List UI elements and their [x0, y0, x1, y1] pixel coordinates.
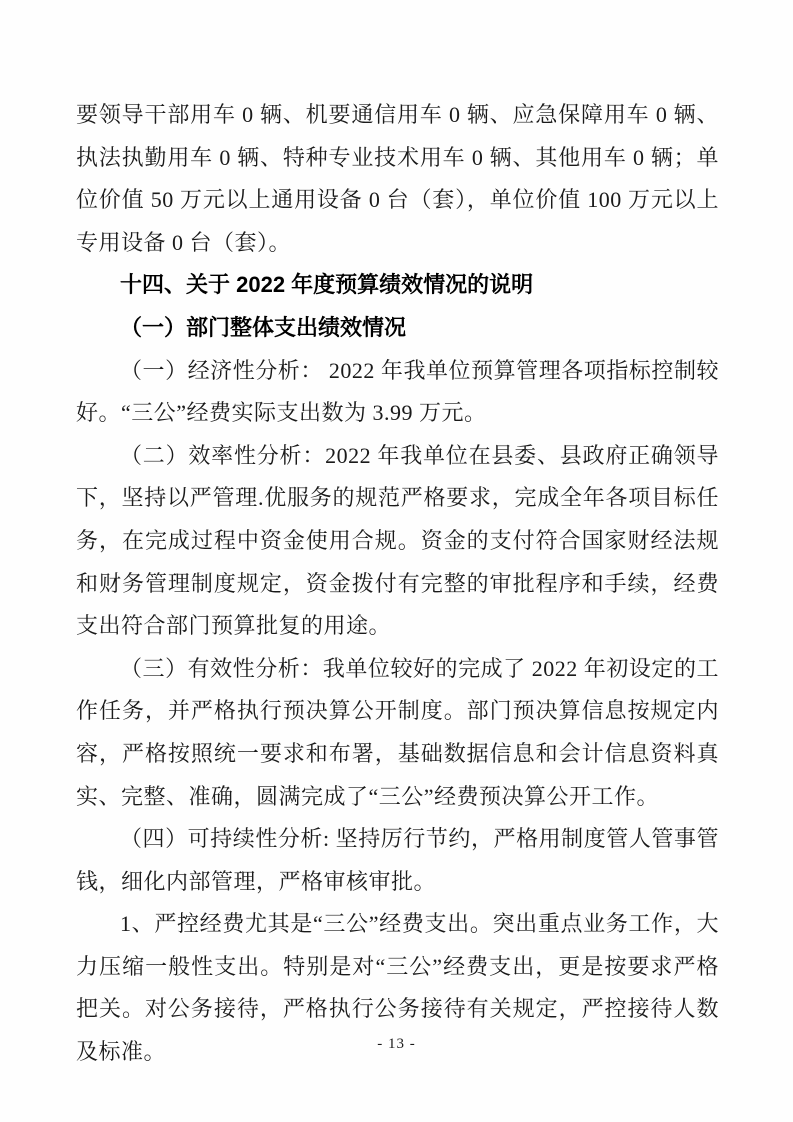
paragraph-vehicles-equipment: 要领导干部用车 0 辆、机要通信用车 0 辆、应急保障用车 0 辆、执法执勤用车…	[76, 94, 719, 264]
document-page: 要领导干部用车 0 辆、机要通信用车 0 辆、应急保障用车 0 辆、执法执勤用车…	[0, 0, 793, 1122]
paragraph-sustainability-analysis: （四）可持续性分析: 坚持厉行节约，严格用制度管人管事管钱，细化内部管理，严格审…	[76, 818, 719, 903]
paragraph-effectiveness-analysis: （三）有效性分析：我单位较好的完成了 2022 年初设定的工作任务，并严格执行预…	[76, 648, 719, 818]
subsection-heading-overall-expenditure-performance: （一）部门整体支出绩效情况	[76, 307, 719, 350]
paragraph-efficiency-analysis: （二）效率性分析：2022 年我单位在县委、县政府正确领导下，坚持以严管理.优服…	[76, 435, 719, 648]
document-body: 要领导干部用车 0 辆、机要通信用车 0 辆、应急保障用车 0 辆、执法执勤用车…	[76, 94, 719, 1074]
section-heading-budget-performance: 十四、关于 2022 年度预算绩效情况的说明	[76, 264, 719, 307]
paragraph-economy-analysis: （一）经济性分析： 2022 年我单位预算管理各项指标控制较好。“三公”经费实际…	[76, 350, 719, 435]
page-number: - 13 -	[0, 1036, 793, 1053]
